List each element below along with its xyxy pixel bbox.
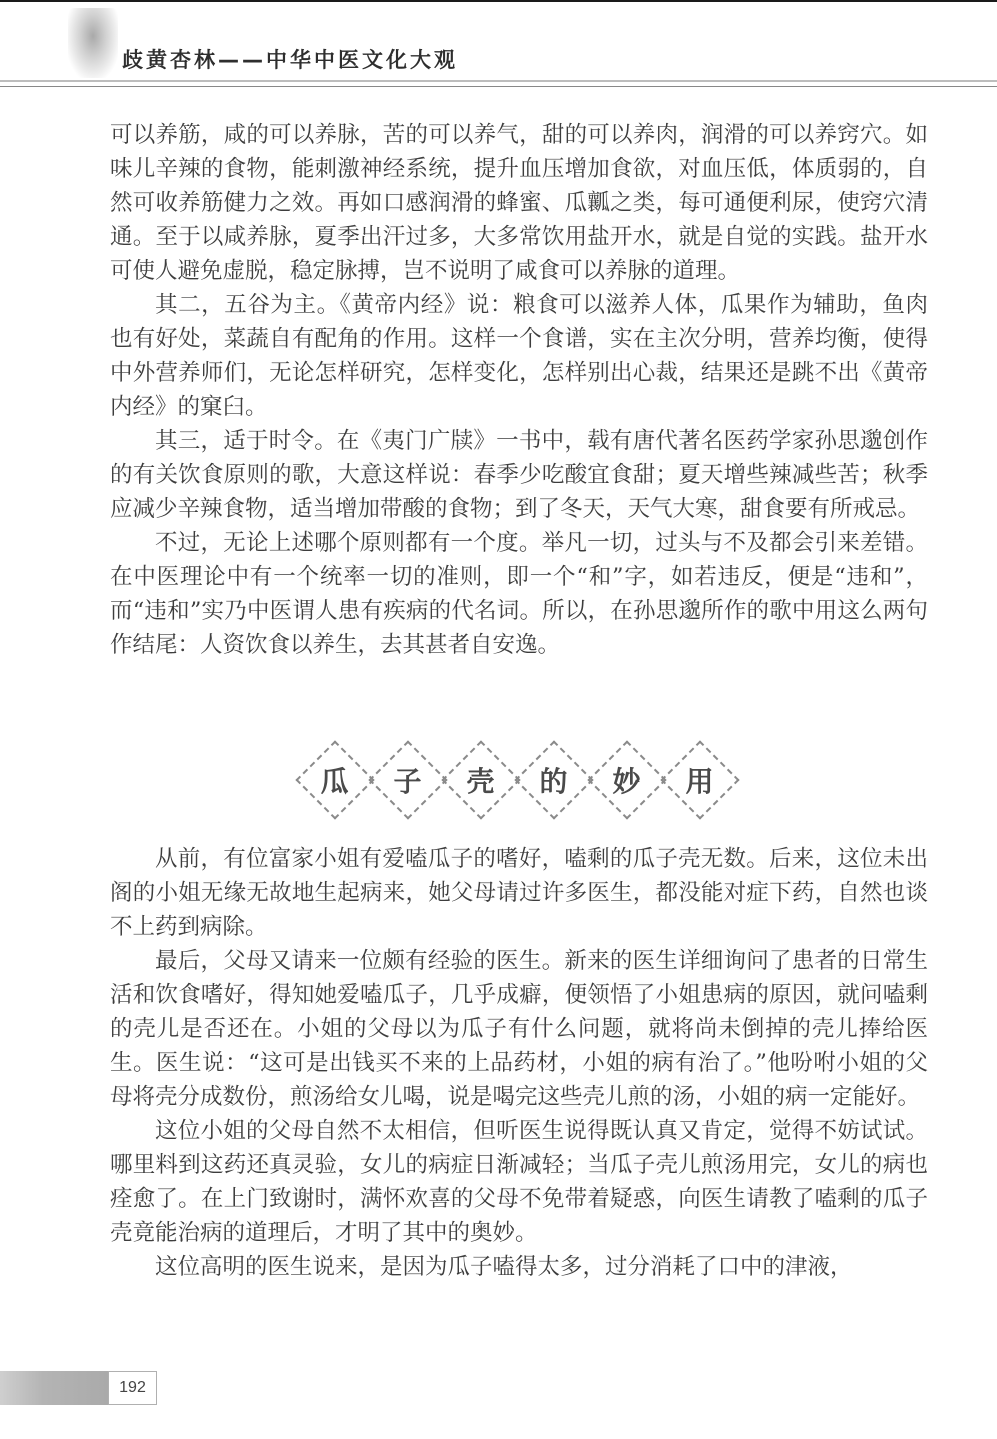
title-diamond: 子 [371, 740, 444, 820]
title-char: 子 [393, 760, 421, 800]
paragraph: 可以养筋，咸的可以养脉，苦的可以养气，甜的可以养肉，润滑的可以养窍穴。如味儿辛辣… [110, 118, 928, 288]
title-char: 的 [539, 760, 567, 800]
title-diamond: 的 [517, 740, 590, 820]
header-rule-top [0, 80, 997, 82]
title-diamond: 用 [663, 740, 736, 820]
body-text-after: 从前，有位富家小姐有爱嗑瓜子的嗜好，嗑剩的瓜子壳无数。后来，这位未出阁的小姐无缘… [110, 842, 928, 1284]
title-diamond: 壳 [444, 740, 517, 820]
paragraph: 最后，父母又请来一位颇有经验的医生。新来的医生详细询问了患者的日常生活和饮食嗜好… [110, 944, 928, 1114]
section-title: 瓜 子 壳 的 妙 用 [298, 740, 738, 820]
title-char: 妙 [612, 760, 640, 800]
paragraph: 其三，适于时令。在《夷门广牍》一书中，载有唐代著名医药学家孙思邈创作的有关饮食原… [110, 424, 928, 526]
page-number: 192 [108, 1371, 157, 1405]
paragraph: 其二，五谷为主。《黄帝内经》说：粮食可以滋养人体，瓜果作为辅助，鱼肉也有好处，菜… [110, 288, 928, 424]
title-char: 瓜 [320, 760, 348, 800]
title-diamond: 瓜 [298, 740, 371, 820]
title-char: 用 [685, 760, 713, 800]
title-diamond: 妙 [590, 740, 663, 820]
body-text-before: 可以养筋，咸的可以养脉，苦的可以养气，甜的可以养肉，润滑的可以养窍穴。如味儿辛辣… [110, 118, 928, 662]
paragraph: 不过，无论上述哪个原则都有一个度。举凡一切，过头与不及都会引来差错。在中医理论中… [110, 526, 928, 662]
title-char: 壳 [466, 760, 494, 800]
paragraph: 这位高明的医生说来，是因为瓜子嗑得太多，过分消耗了口中的津液， [110, 1250, 928, 1284]
footer-band [0, 1371, 108, 1405]
ancient-physician-portrait-icon [68, 8, 118, 78]
header-rule-bottom [0, 86, 997, 87]
paragraph: 从前，有位富家小姐有爱嗑瓜子的嗜好，嗑剩的瓜子壳无数。后来，这位未出阁的小姐无缘… [110, 842, 928, 944]
running-header-title: 歧黄杏林——中华中医文化大观 [122, 44, 458, 74]
paragraph: 这位小姐的父母自然不太相信，但听医生说得既认真又肯定，觉得不妨试试。哪里料到这药… [110, 1114, 928, 1250]
top-border [0, 0, 997, 2]
